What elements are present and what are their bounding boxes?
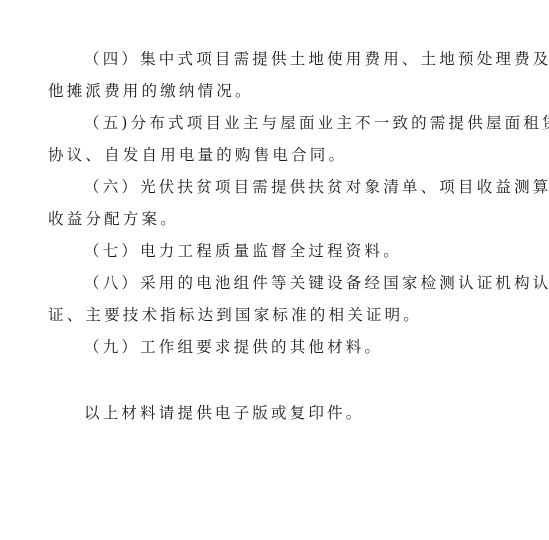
item-8-line-1: （八）采用的电池组件等关键设备经国家检测认证机构认 [84,273,549,293]
item-6-line-2: 收益分配方案。 [48,209,179,229]
item-5-line-1: （五)分布式项目业主与屋面业主不一致的需提供屋面租赁 [84,113,549,133]
item-5-line-2: 协议、自发自用电量的购售电合同。 [48,145,347,165]
item-6-line-1: （六）光伏扶贫项目需提供扶贫对象清单、项目收益测算、 [84,177,549,197]
document-page: （四）集中式项目需提供土地使用费用、土地预处理费及其 他摊派费用的缴纳情况。 （… [0,0,549,540]
item-7-line-1: （七）电力工程质量监督全过程资料。 [84,241,402,261]
item-9-line-1: （九）工作组要求提供的其他材料。 [84,337,383,357]
item-4-line-1: （四）集中式项目需提供土地使用费用、土地预处理费及其 [84,49,549,69]
item-4-line-2: 他摊派费用的缴纳情况。 [48,81,254,101]
item-8-line-2: 证、主要技术指标达到国家标准的相关证明。 [48,305,422,325]
closing-note: 以上材料请提供电子版或复印件。 [84,403,365,423]
